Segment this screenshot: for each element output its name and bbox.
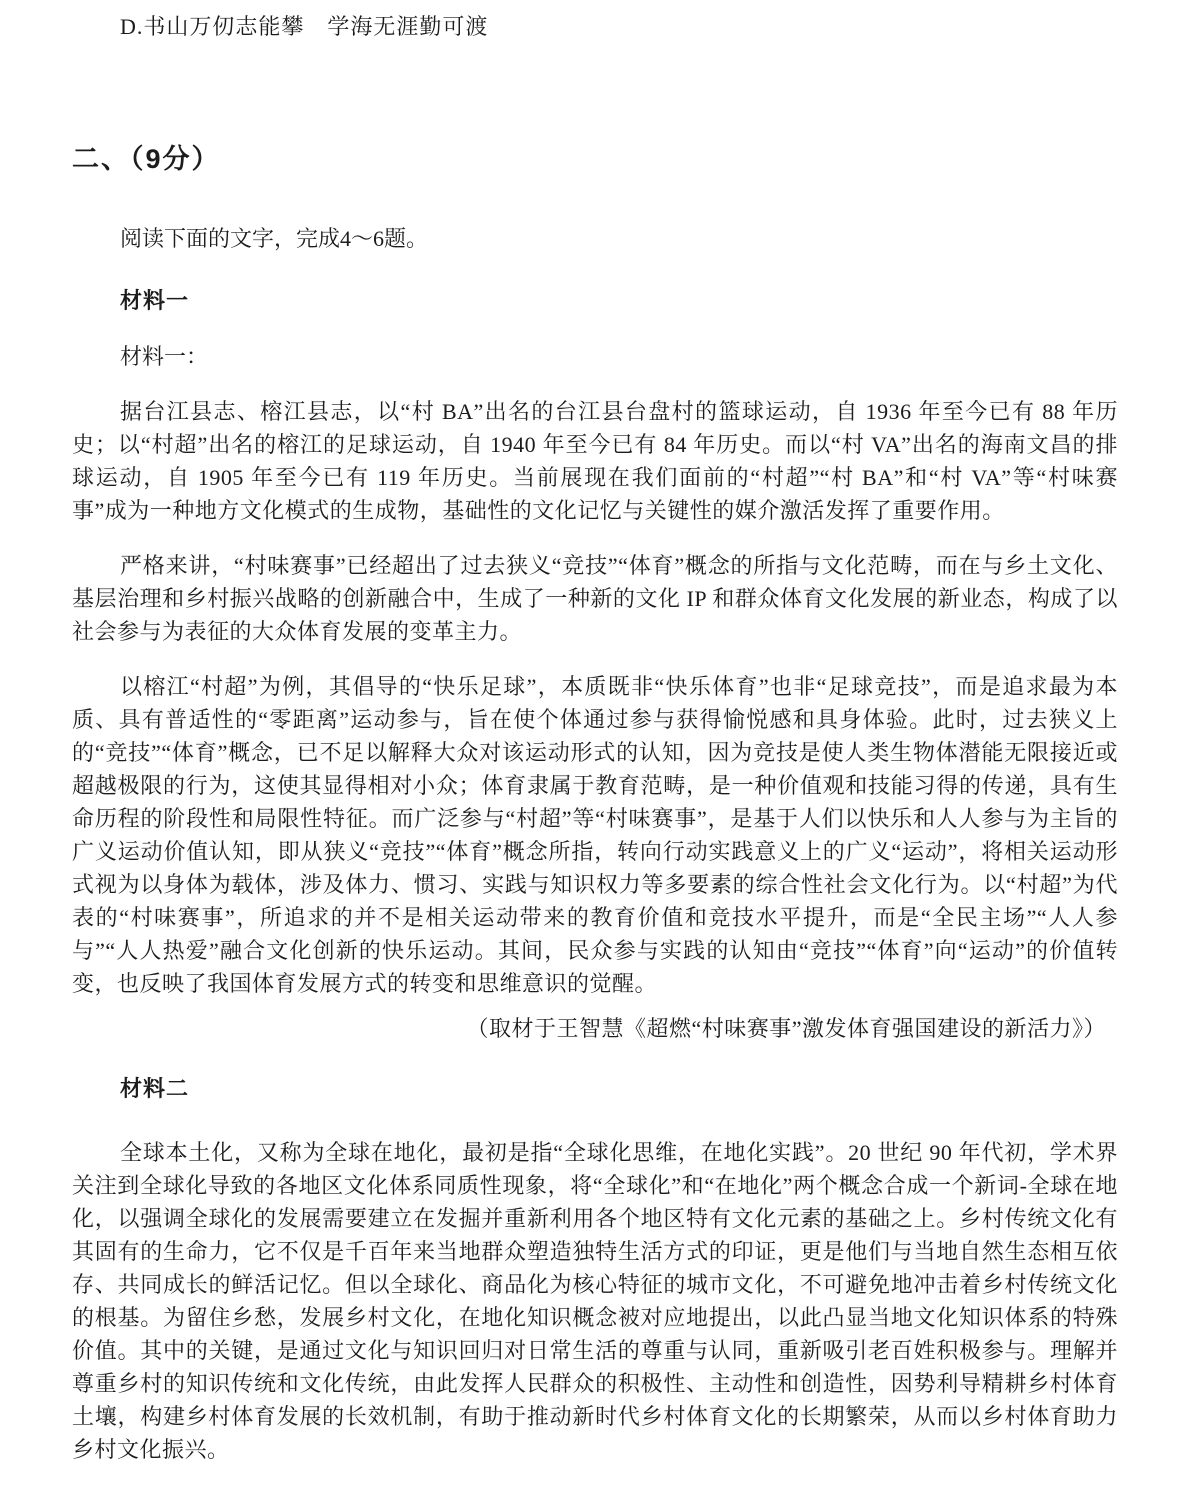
material1-attribution: （取材于王智慧《超燃“村味赛事”激发体育强国建设的新活力》） bbox=[72, 1012, 1118, 1045]
section-heading: 二、（9分） bbox=[72, 140, 1118, 178]
material1-heading: 材料一 bbox=[72, 285, 1118, 316]
material2-heading: 材料二 bbox=[72, 1073, 1118, 1104]
material2-paragraph-1: 全球本土化，又称为全球在地化，最初是指“全球化思维，在地化实践”。20 世纪 9… bbox=[72, 1136, 1118, 1466]
exam-page: D.书山万仞志能攀 学海无涯勤可渡 二、（9分） 阅读下面的文字，完成4～6题。… bbox=[0, 0, 1190, 1500]
material1-paragraph-2: 严格来讲，“村味赛事”已经超出了过去狭义“竞技”“体育”概念的所指与文化范畴，而… bbox=[72, 549, 1118, 648]
material1-paragraph-3: 以榕江“村超”为例，其倡导的“快乐足球”，本质既非“快乐体育”也非“足球竞技”，… bbox=[72, 670, 1118, 1000]
material1-paragraph-1: 据台江县志、榕江县志，以“村 BA”出名的台江县台盘村的篮球运动，自 1936 … bbox=[72, 395, 1118, 527]
reading-instruction: 阅读下面的文字，完成4～6题。 bbox=[72, 222, 1118, 255]
material1-subheading: 材料一： bbox=[72, 341, 1118, 372]
choice-option-d: D.书山万仞志能攀 学海无涯勤可渡 bbox=[72, 10, 1118, 43]
